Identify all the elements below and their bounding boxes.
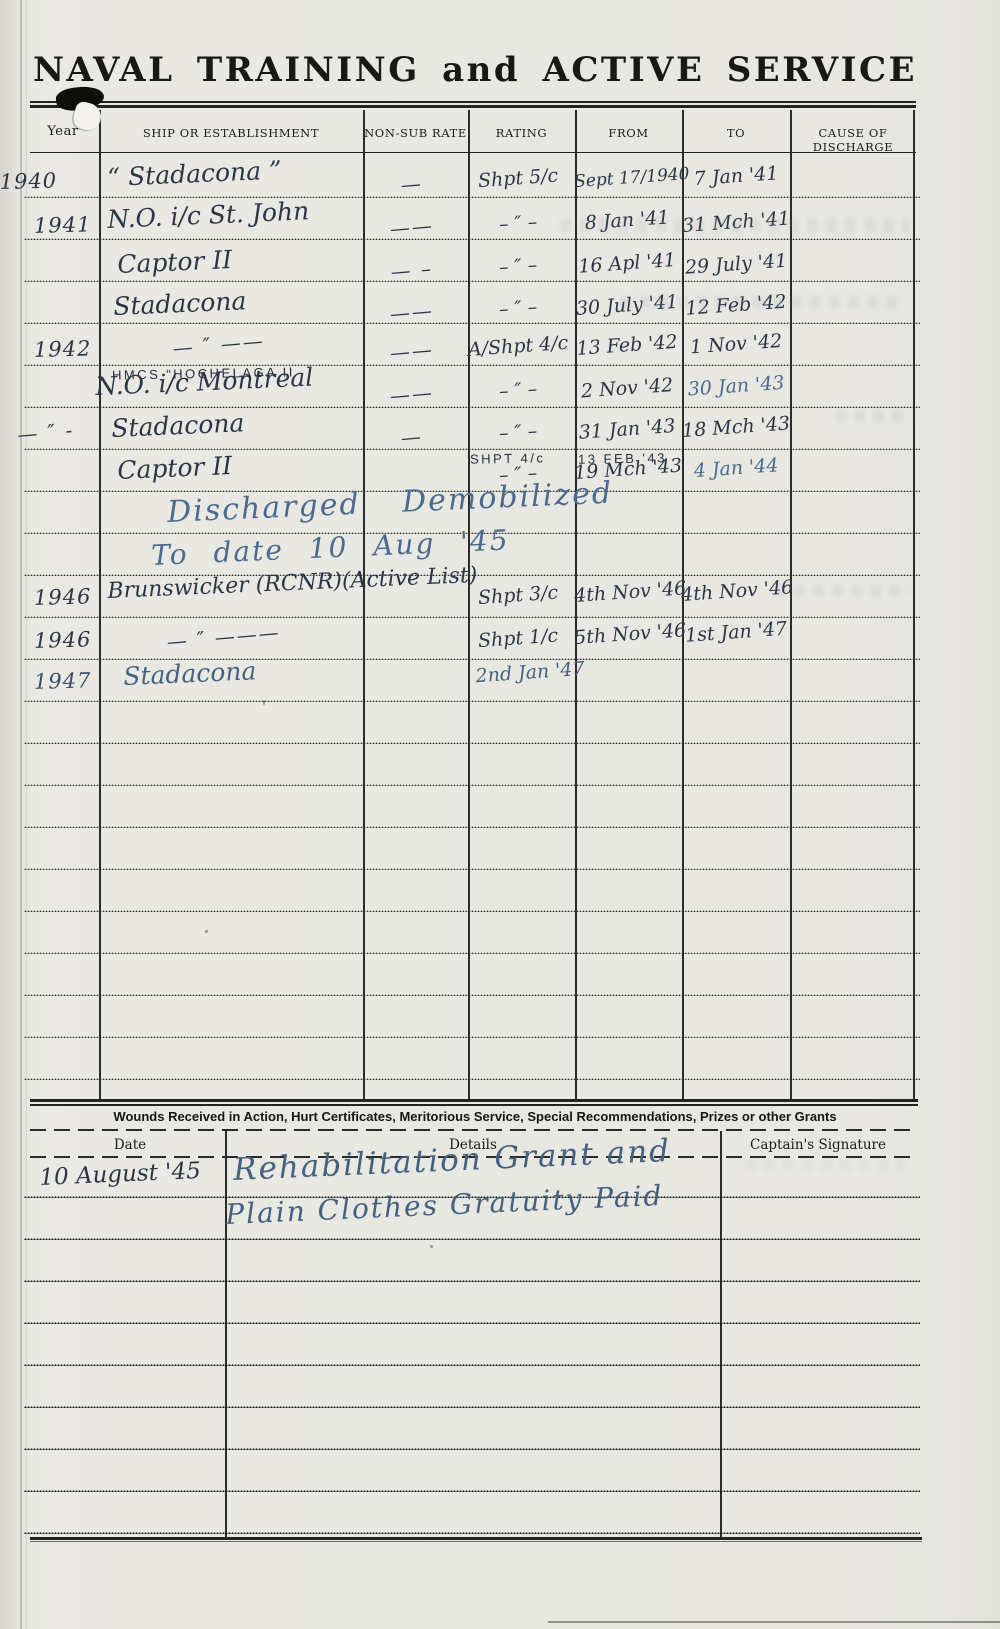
next-page-edge-line	[548, 1621, 1000, 1623]
entry-ship: Stadacona	[123, 656, 257, 691]
entry-ship: Stadacona	[113, 286, 247, 321]
bleedthrough-smudge	[775, 585, 910, 597]
page-title: NAVAL TRAINING and ACTIVE SERVICE	[0, 50, 950, 90]
header-nonsub-rate: NON-SUB RATE	[364, 126, 467, 140]
wounds-heading-underline	[30, 1129, 918, 1131]
entry-ship: Stadacona	[111, 408, 245, 443]
header-cause-of-discharge: CAUSE OF DISCHARGE	[791, 126, 915, 154]
paper-speck	[430, 1245, 433, 1248]
title-rule-thin	[30, 101, 916, 103]
header-rating: RATING	[469, 126, 574, 140]
bleedthrough-smudge	[560, 218, 910, 233]
header-date: Date	[40, 1137, 220, 1153]
upper-table-bottom-rule-thin	[30, 1104, 918, 1106]
paper-speck	[205, 930, 208, 933]
entry-year: 1942	[27, 336, 98, 362]
entry-year: 1940	[0, 169, 57, 194]
entry-ship: Captor II	[117, 451, 233, 485]
header-captains-signature: Captain's Signature	[722, 1137, 914, 1153]
title-rule-thick	[30, 105, 916, 108]
bleedthrough-smudge	[620, 296, 905, 309]
lower-table-bottom-rule-thick	[30, 1537, 922, 1540]
paper-edge	[20, 0, 22, 1629]
entry-year: 1947	[27, 668, 98, 694]
lower-table-bottom-rule-thin	[30, 1541, 922, 1542]
entry-ship: Captor II	[117, 245, 233, 279]
entry-year: 1946	[27, 584, 98, 610]
paper-speck	[263, 700, 265, 705]
entry-year: 1946	[27, 627, 98, 653]
header-underline	[30, 152, 916, 153]
entry-year: 1941	[27, 212, 98, 238]
wounds-section-heading: Wounds Received in Action, Hurt Certific…	[0, 1109, 950, 1124]
header-ship: SHIP OR ESTABLISHMENT	[100, 126, 362, 140]
service-record-page: NAVAL TRAINING and ACTIVE SERVICE Year S…	[0, 0, 1000, 1629]
header-to: TO	[683, 126, 789, 140]
bleedthrough-smudge	[835, 410, 913, 422]
upper-table-bottom-rule-thick	[30, 1099, 918, 1102]
bleedthrough-smudge	[745, 1160, 905, 1171]
header-from: FROM	[576, 126, 681, 140]
